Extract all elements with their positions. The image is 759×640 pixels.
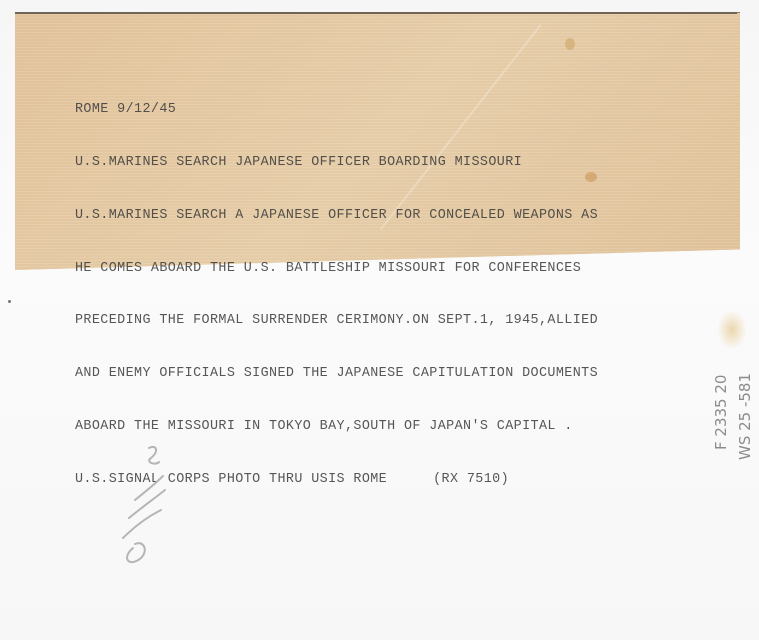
pencil-smudge xyxy=(717,310,747,350)
caption-body-line: AND ENEMY OFFICIALS SIGNED THE JAPANESE … xyxy=(75,365,715,383)
pencil-note-line: F 2335 20 xyxy=(712,375,730,450)
ink-speck xyxy=(8,300,11,303)
caption-body-line: HE COMES ABOARD THE U.S. BATTLESHIP MISS… xyxy=(75,260,715,278)
caption-body-line: ABOARD THE MISSOURI IN TOKYO BAY,SOUTH O… xyxy=(75,418,715,436)
pencil-notes: F 2335 20 WS 25 -581 xyxy=(712,270,759,460)
pencil-note-line: WS 25 -581 xyxy=(736,373,754,460)
photo-back-sheet: ROME 9/12/45 U.S.MARINES SEARCH JAPANESE… xyxy=(0,0,759,640)
paper-stain xyxy=(565,38,575,50)
caption-body-line: U.S.MARINES SEARCH A JAPANESE OFFICER FO… xyxy=(75,207,715,225)
caption-headline: U.S.MARINES SEARCH JAPANESE OFFICER BOAR… xyxy=(75,154,715,172)
signature-icon xyxy=(115,440,175,570)
caption-body-line: PRECEDING THE FORMAL SURRENDER CERIMONY.… xyxy=(75,312,715,330)
strip-edge xyxy=(15,12,737,14)
caption-dateline: ROME 9/12/45 xyxy=(75,101,715,119)
reference-code: (RX 7510) xyxy=(433,471,509,489)
